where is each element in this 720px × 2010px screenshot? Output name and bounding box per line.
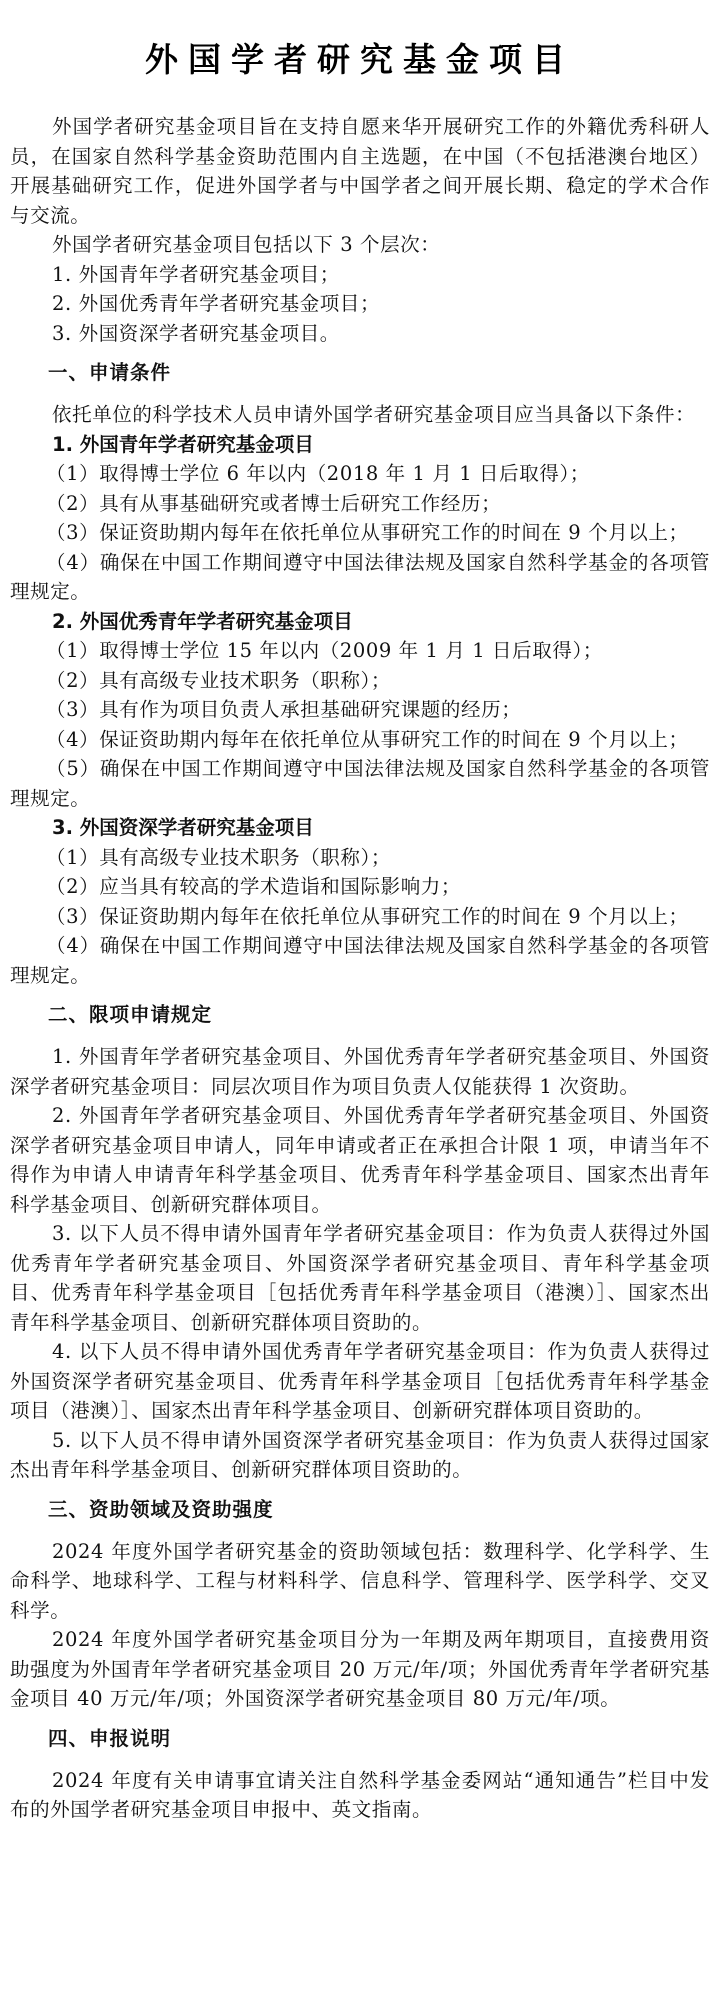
section-eligibility: 一、申请条件 依托单位的科学技术人员申请外国学者研究基金项目应当具备以下条件： …: [10, 360, 710, 990]
limit-item: 2. 外国青年学者研究基金项目、外国优秀青年学者研究基金项目、外国资深学者研究基…: [10, 1101, 710, 1219]
condition-item: （5）确保在中国工作期间遵守中国法律法规及国家自然科学基金的各项管理规定。: [10, 754, 710, 813]
limit-item: 5. 以下人员不得申请外国资深学者研究基金项目：作为负责人获得过国家杰出青年科学…: [10, 1426, 710, 1485]
level-item: 1. 外国青年学者研究基金项目；: [10, 260, 710, 290]
intro-paragraph: 外国学者研究基金项目旨在支持自愿来华开展研究工作的外籍优秀科研人员，在国家自然科…: [10, 112, 710, 230]
condition-item: （4）确保在中国工作期间遵守中国法律法规及国家自然科学基金的各项管理规定。: [10, 548, 710, 607]
funding-areas-paragraph: 2024 年度外国学者研究基金的资助领域包括：数理科学、化学科学、生命科学、地球…: [10, 1537, 710, 1626]
limit-item: 3. 以下人员不得申请外国青年学者研究基金项目：作为负责人获得过外国优秀青年学者…: [10, 1219, 710, 1337]
section-heading: 一、申请条件: [10, 360, 710, 386]
condition-item: （3）保证资助期内每年在依托单位从事研究工作的时间在 9 个月以上；: [10, 518, 710, 548]
section-limits: 二、限项申请规定 1. 外国青年学者研究基金项目、外国优秀青年学者研究基金项目、…: [10, 1002, 710, 1485]
funding-amount-paragraph: 2024 年度外国学者研究基金项目分为一年期及两年期项目，直接费用资助强度为外国…: [10, 1625, 710, 1714]
levels-lead: 外国学者研究基金项目包括以下 3 个层次：: [10, 230, 710, 260]
limit-item: 1. 外国青年学者研究基金项目、外国优秀青年学者研究基金项目、外国资深学者研究基…: [10, 1042, 710, 1101]
section-application-notes: 四、申报说明 2024 年度有关申请事宜请关注自然科学基金委网站“通知通告”栏目…: [10, 1726, 710, 1825]
group-title-excellent-young: 2. 外国优秀青年学者研究基金项目: [10, 607, 710, 637]
application-notes-paragraph: 2024 年度有关申请事宜请关注自然科学基金委网站“通知通告”栏目中发布的外国学…: [10, 1766, 710, 1825]
page-title: 外国学者研究基金项目: [10, 0, 710, 112]
condition-item: （2）应当具有较高的学术造诣和国际影响力；: [10, 872, 710, 902]
section-heading: 二、限项申请规定: [10, 1002, 710, 1028]
condition-item: （4）确保在中国工作期间遵守中国法律法规及国家自然科学基金的各项管理规定。: [10, 931, 710, 990]
document-page: 外国学者研究基金项目 外国学者研究基金项目旨在支持自愿来华开展研究工作的外籍优秀…: [0, 0, 720, 1825]
group-title-young: 1. 外国青年学者研究基金项目: [10, 430, 710, 460]
condition-item: （3）具有作为项目负责人承担基础研究课题的经历；: [10, 695, 710, 725]
eligibility-lead: 依托单位的科学技术人员申请外国学者研究基金项目应当具备以下条件：: [10, 400, 710, 430]
condition-item: （2）具有从事基础研究或者博士后研究工作经历；: [10, 489, 710, 519]
group-title-senior: 3. 外国资深学者研究基金项目: [10, 813, 710, 843]
section-heading: 四、申报说明: [10, 1726, 710, 1752]
section-funding: 三、资助领域及资助强度 2024 年度外国学者研究基金的资助领域包括：数理科学、…: [10, 1497, 710, 1714]
condition-item: （2）具有高级专业技术职务（职称）；: [10, 666, 710, 696]
condition-item: （1）取得博士学位 15 年以内（2009 年 1 月 1 日后取得）；: [10, 636, 710, 666]
intro-section: 外国学者研究基金项目旨在支持自愿来华开展研究工作的外籍优秀科研人员，在国家自然科…: [10, 112, 710, 348]
condition-item: （1）取得博士学位 6 年以内（2018 年 1 月 1 日后取得）；: [10, 459, 710, 489]
condition-item: （3）保证资助期内每年在依托单位从事研究工作的时间在 9 个月以上；: [10, 902, 710, 932]
limit-item: 4. 以下人员不得申请外国优秀青年学者研究基金项目：作为负责人获得过外国资深学者…: [10, 1337, 710, 1426]
level-item: 2. 外国优秀青年学者研究基金项目；: [10, 289, 710, 319]
condition-item: （4）保证资助期内每年在依托单位从事研究工作的时间在 9 个月以上；: [10, 725, 710, 755]
condition-item: （1）具有高级专业技术职务（职称）；: [10, 843, 710, 873]
level-item: 3. 外国资深学者研究基金项目。: [10, 319, 710, 349]
section-heading: 三、资助领域及资助强度: [10, 1497, 710, 1523]
